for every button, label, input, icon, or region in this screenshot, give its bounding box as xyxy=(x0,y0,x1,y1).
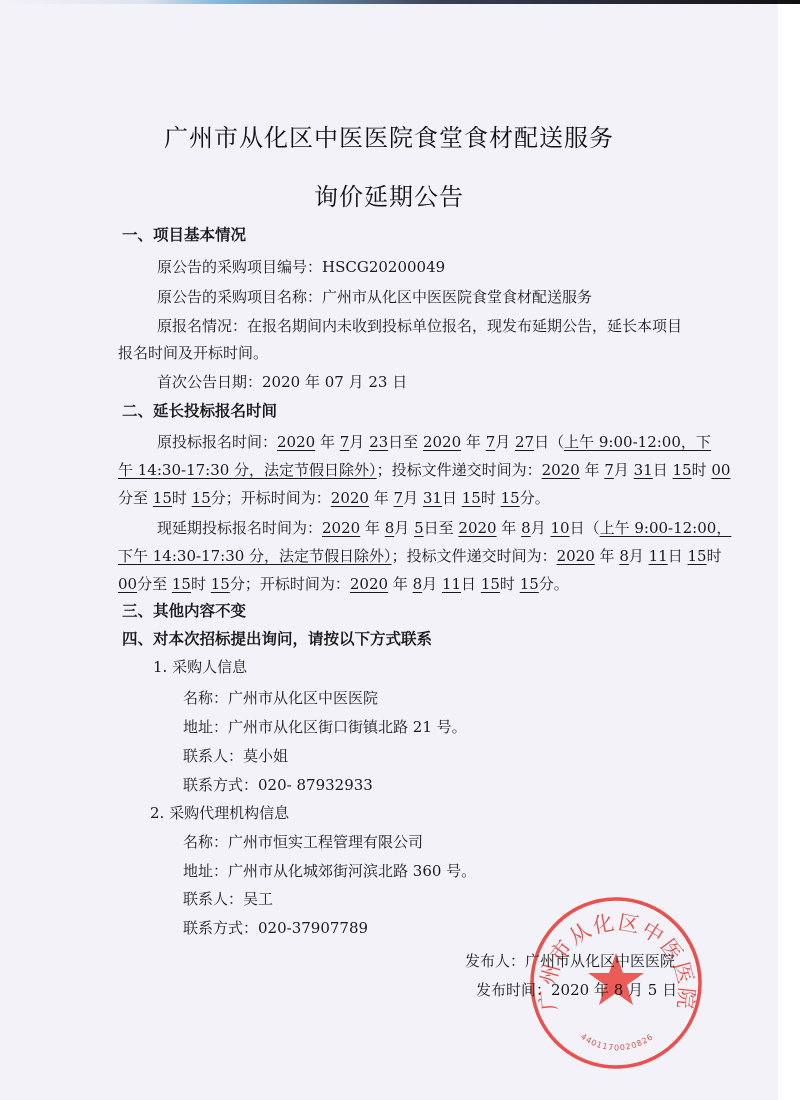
submit-label: ；投标文件递交时间为： xyxy=(392,547,557,565)
purchaser-contact-line: 联系人：莫小姐 xyxy=(183,746,288,766)
registration-label: 原报名情况： xyxy=(157,317,247,335)
date-value: 8 xyxy=(413,575,423,593)
agency-name: 广州市恒实工程管理有限公司 xyxy=(228,833,423,851)
address-label: 地址： xyxy=(183,862,228,880)
date-value: 8 xyxy=(521,519,531,537)
purchaser-phone-line: 联系方式：020- 87932933 xyxy=(183,775,373,795)
date-value: 2020 xyxy=(322,519,360,537)
time-value: 15 xyxy=(211,575,230,593)
date-value: 8 xyxy=(619,547,629,565)
project-number-value: HSCG20200049 xyxy=(322,258,445,276)
date-value: 7 xyxy=(340,433,350,451)
original-period-label: 原投标报名时间： xyxy=(157,433,277,451)
hours-text: 下午 14:30-17:30 分，法定节假日除外） xyxy=(118,547,392,565)
publisher-label: 发布人： xyxy=(465,952,525,970)
agency-phone-line: 联系方式：020-37907789 xyxy=(183,918,368,938)
agency-contact-line: 联系人：吴工 xyxy=(183,889,273,909)
date-value: 7 xyxy=(486,433,496,451)
agency-subheading: 2. 采购代理机构信息 xyxy=(150,803,289,823)
phone-label: 联系方式： xyxy=(183,919,258,937)
open-label: ；开标时间为： xyxy=(245,575,350,593)
publish-date: 2020 年 8 月 5 日 xyxy=(551,981,677,999)
section4-heading: 四、对本次招标提出询问，请按以下方式联系 xyxy=(122,629,432,649)
submit-label: ；投标文件递交时间为： xyxy=(377,461,542,479)
date-value: 7 xyxy=(394,489,404,507)
project-name-label: 原公告的采购项目名称： xyxy=(157,288,322,306)
agency-phone: 020-37907789 xyxy=(258,919,368,937)
extended-period-line-1: 现延期投标报名时间为：2020 年 8月 5日至 2020 年 8月 10日（上… xyxy=(157,518,731,538)
hours-text: 午 14:30-17:30 分，法定节假日除外） xyxy=(118,461,377,479)
project-name-value: 广州市从化区中医医院食堂食材配送服务 xyxy=(322,288,592,306)
first-notice-label: 首次公告日期： xyxy=(157,373,262,391)
registration-text-1: 在报名期间内未收到投标单位报名，现发布延期公告，延长本项目 xyxy=(247,317,682,335)
name-label: 名称： xyxy=(183,833,228,851)
date-value: 31 xyxy=(423,489,442,507)
agency-name-line: 名称：广州市恒实工程管理有限公司 xyxy=(183,832,423,852)
date-value: 11 xyxy=(442,575,461,593)
section1-heading: 一、项目基本情况 xyxy=(122,225,246,245)
time-value: 15 xyxy=(481,575,500,593)
purchaser-name-line: 名称：广州市从化区中医医院 xyxy=(183,688,378,708)
time-value: 00 xyxy=(711,461,730,479)
extended-period-line-3: 00分至 15时 15分；开标时间为：2020 年 8月 11日 15时 15分… xyxy=(118,574,569,594)
project-name-line: 原公告的采购项目名称：广州市从化区中医医院食堂食材配送服务 xyxy=(157,287,592,307)
date-value: 11 xyxy=(649,547,668,565)
document-page: 广州市从化区中医医院食堂食材配送服务 询价延期公告 一、项目基本情况 原公告的采… xyxy=(0,0,780,1100)
purchaser-subheading: 1. 采购人信息 xyxy=(153,657,247,677)
publish-date-line: 发布时间：2020 年 8 月 5 日 xyxy=(476,979,677,1000)
phone-label: 联系方式： xyxy=(183,776,258,794)
extended-period-label: 现延期投标报名时间为： xyxy=(157,519,322,537)
date-value: 2020 xyxy=(423,433,461,451)
date-value: 2020 xyxy=(542,461,580,479)
agency-contact: 吴工 xyxy=(243,890,273,908)
date-value: 27 xyxy=(515,433,534,451)
first-notice-line: 首次公告日期：2020 年 07 月 23 日 xyxy=(157,372,407,392)
date-value: 7 xyxy=(604,461,614,479)
time-value: 15 xyxy=(153,489,172,507)
section2-heading: 二、延长投标报名时间 xyxy=(122,401,277,421)
project-number-line: 原公告的采购项目编号：HSCG20200049 xyxy=(157,257,445,277)
date-value: 31 xyxy=(634,461,653,479)
scan-right-edge xyxy=(778,4,800,1100)
hours-text: 上午 9:00-12:00，下 xyxy=(564,433,711,451)
scan-top-edge xyxy=(0,0,800,4)
date-value: 2020 xyxy=(557,547,595,565)
publish-date-label: 发布时间： xyxy=(476,981,551,999)
hours-text: 上午 9:00-12:00， xyxy=(600,519,732,537)
time-value: 15 xyxy=(501,489,520,507)
date-value: 2020 xyxy=(350,575,388,593)
registration-line-2: 报名时间及开标时间。 xyxy=(118,343,268,363)
date-value: 5 xyxy=(414,519,424,537)
date-value: 2020 xyxy=(458,519,496,537)
section3-heading: 三、其他内容不变 xyxy=(122,601,246,621)
address-label: 地址： xyxy=(183,718,228,736)
document-title-line2: 询价延期公告 xyxy=(0,177,778,212)
date-value: 10 xyxy=(550,519,569,537)
open-label: ；开标时间为： xyxy=(226,489,331,507)
time-value: 15 xyxy=(688,547,707,565)
time-value: 15 xyxy=(462,489,481,507)
time-value: 15 xyxy=(520,575,539,593)
date-value: 2020 xyxy=(331,489,369,507)
registration-line-1: 原报名情况：在报名期间内未收到投标单位报名，现发布延期公告，延长本项目 xyxy=(157,316,682,336)
time-value: 15 xyxy=(172,575,191,593)
time-value: 15 xyxy=(192,489,211,507)
time-value: 00 xyxy=(118,575,137,593)
purchaser-address-line: 地址：广州市从化区街口街镇北路 21 号。 xyxy=(183,717,467,737)
date-value: 2020 xyxy=(277,433,315,451)
agency-address-line: 地址：广州市从化城郊街河滨北路 360 号。 xyxy=(183,861,476,881)
purchaser-phone: 020- 87932933 xyxy=(258,776,373,794)
time-value: 15 xyxy=(673,461,692,479)
extended-period-line-2: 下午 14:30-17:30 分，法定节假日除外）；投标文件递交时间为：2020… xyxy=(118,546,722,566)
contact-label: 联系人： xyxy=(183,890,243,908)
purchaser-contact: 莫小姐 xyxy=(243,747,288,765)
original-period-line-2: 午 14:30-17:30 分，法定节假日除外）；投标文件递交时间为：2020 … xyxy=(118,460,730,480)
publisher-line: 发布人：广州市从化区中医医院 xyxy=(465,950,675,971)
purchaser-name: 广州市从化区中医医院 xyxy=(228,689,378,707)
agency-address: 广州市从化城郊街河滨北路 360 号。 xyxy=(228,862,476,880)
original-period-line-1: 原投标报名时间：2020 年 7月 23日至 2020 年 7月 27日（上午 … xyxy=(157,432,711,452)
name-label: 名称： xyxy=(183,689,228,707)
publisher-name: 广州市从化区中医医院 xyxy=(525,952,675,970)
project-number-label: 原公告的采购项目编号： xyxy=(157,258,322,276)
original-period-line-3: 分至 15时 15分；开标时间为：2020 年 7月 31日 15时 15分。 xyxy=(118,488,550,508)
purchaser-address: 广州市从化区街口街镇北路 21 号。 xyxy=(228,718,467,736)
document-title-line1: 广州市从化区中医医院食堂食材配送服务 xyxy=(0,118,778,153)
svg-text:4401170020826: 4401170020826 xyxy=(579,1032,655,1052)
first-notice-date: 2020 年 07 月 23 日 xyxy=(262,373,407,391)
date-value: 23 xyxy=(369,433,388,451)
date-value: 8 xyxy=(385,519,395,537)
contact-label: 联系人： xyxy=(183,747,243,765)
